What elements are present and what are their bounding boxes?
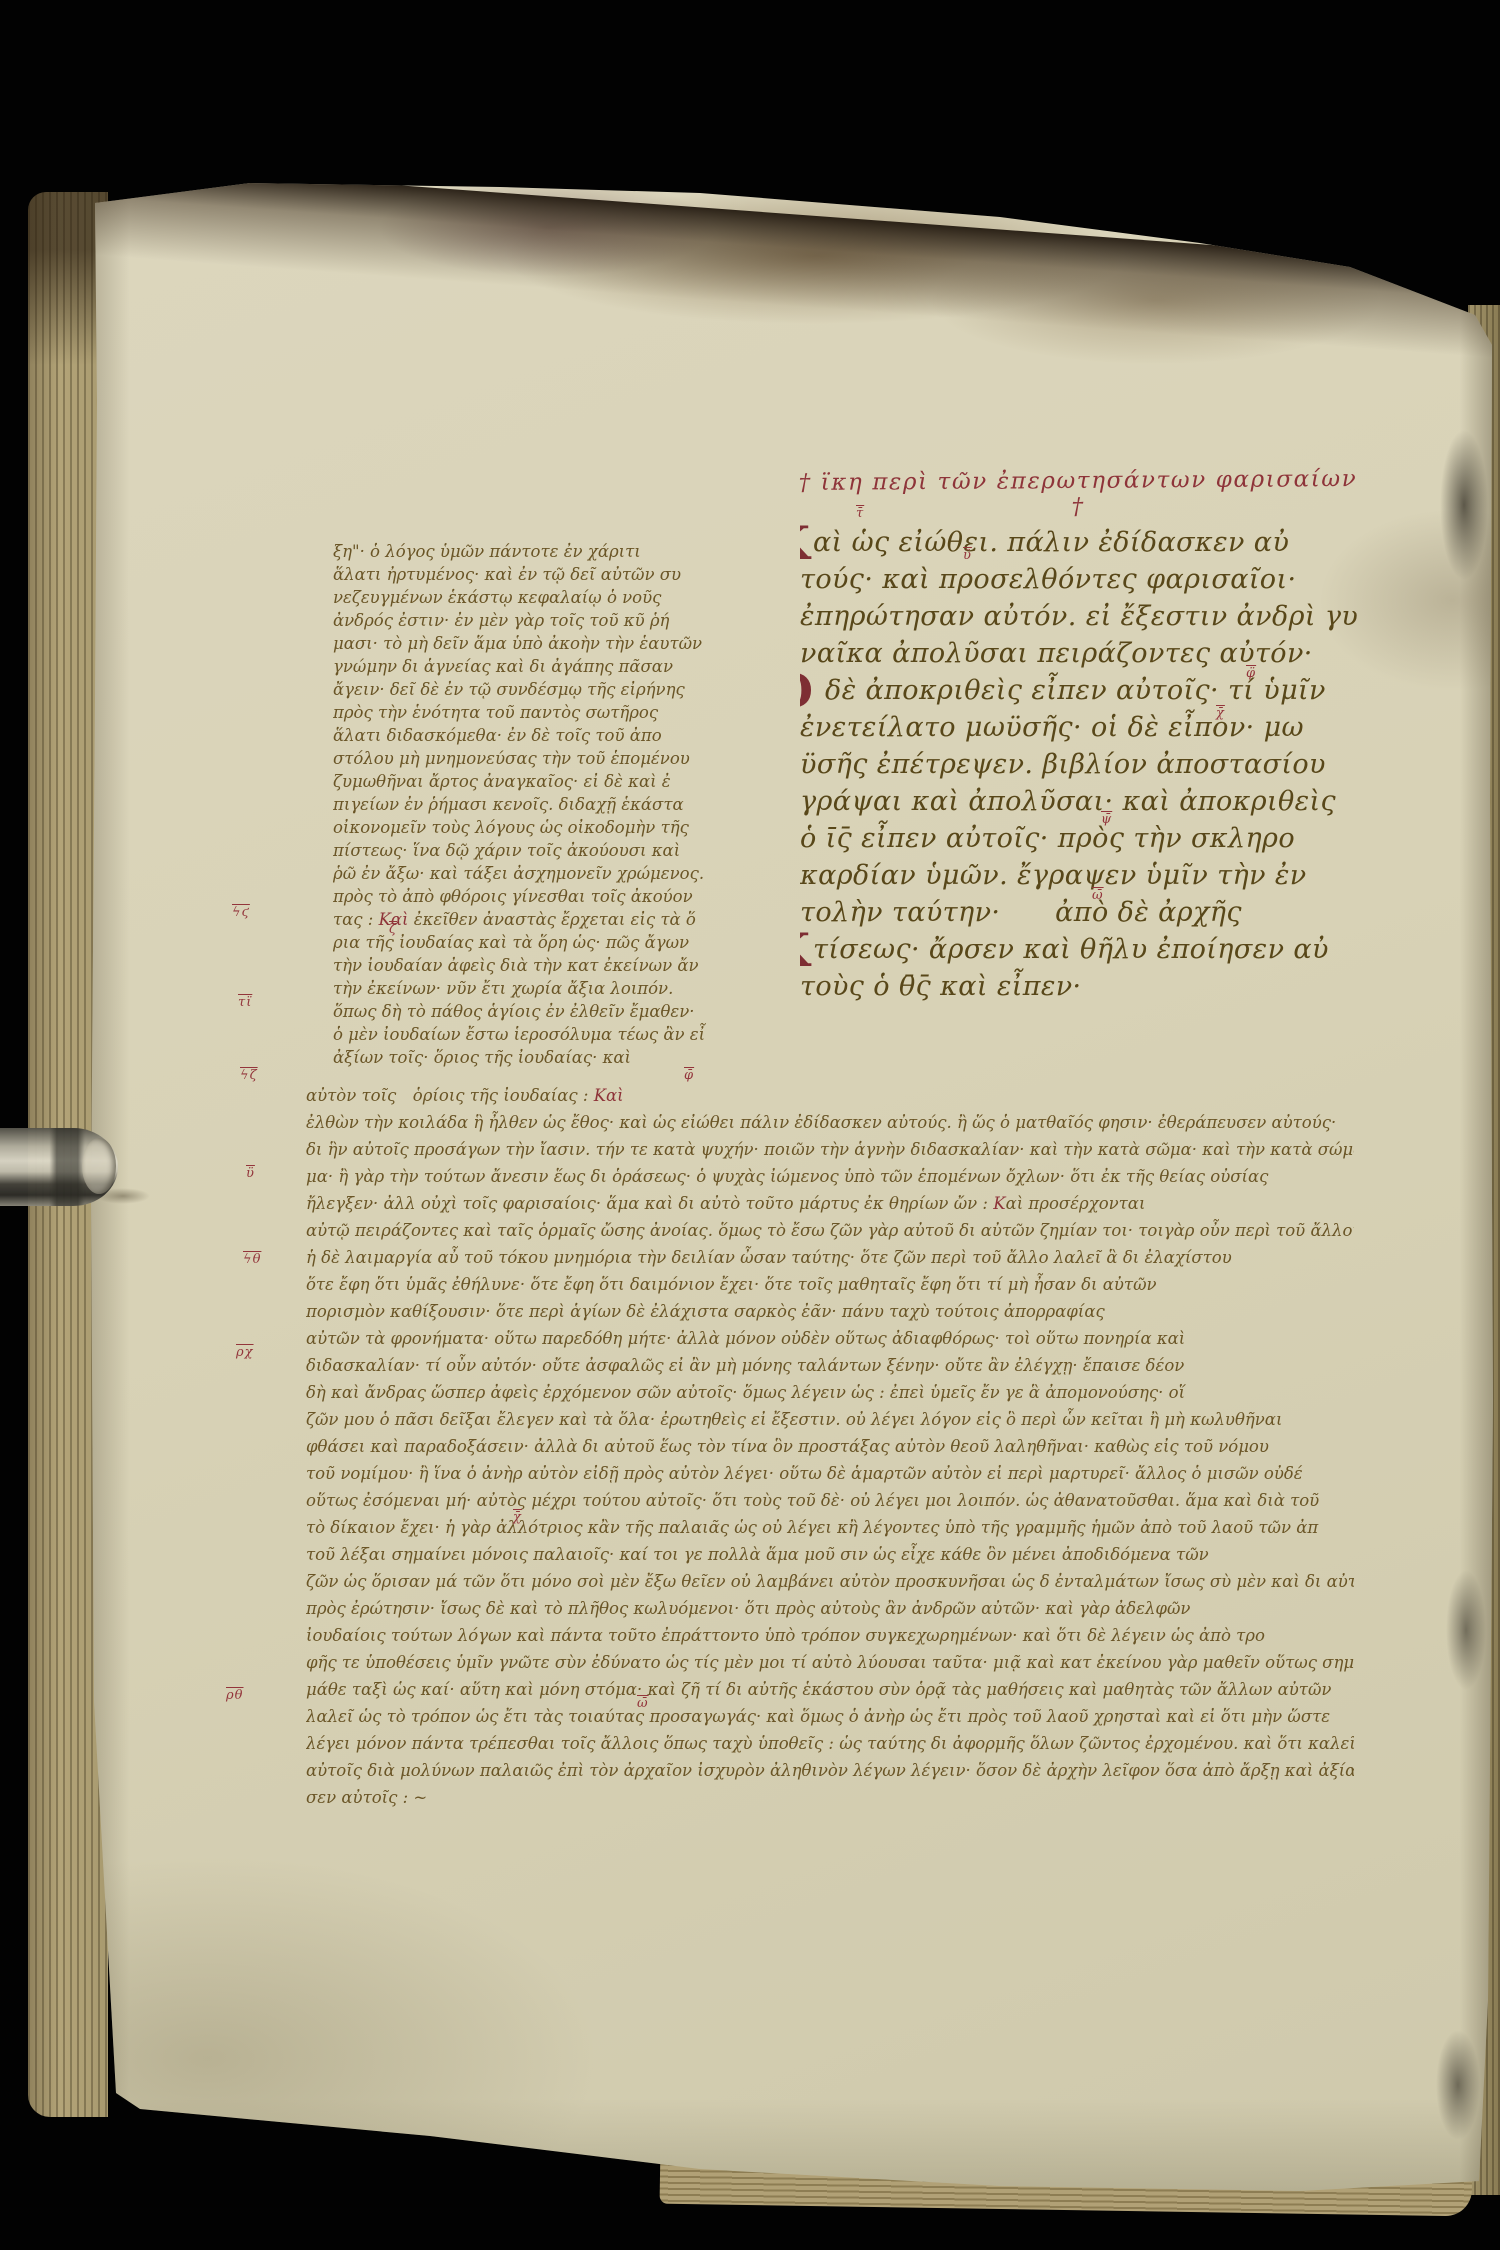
- red-margin-mark: ω̄: [1092, 888, 1104, 903]
- red-margin-mark: ζ: [389, 922, 397, 937]
- red-margin-mark: ω̄: [637, 1696, 649, 1711]
- interlinear-red-marks: τ̄ϋφ̈χ̄ψ̄ω̄ζφ̄χ̄ω̄: [0, 0, 1500, 2250]
- red-margin-mark: φ̈: [1246, 666, 1256, 681]
- red-margin-mark: ψ̄: [1101, 812, 1112, 827]
- red-margin-mark: φ̄: [684, 1068, 694, 1083]
- red-margin-mark: χ̄: [1216, 706, 1225, 721]
- red-margin-mark: τ̄: [856, 506, 864, 521]
- red-margin-mark: χ̄: [513, 1510, 522, 1525]
- manuscript-photo-stage: † ϊκη περὶ τῶν ἐπερωτησάντων φαρισαίων †…: [0, 0, 1500, 2250]
- glass-page-weight-rod[interactable]: [0, 1128, 118, 1206]
- red-margin-mark: ϋ: [963, 548, 972, 563]
